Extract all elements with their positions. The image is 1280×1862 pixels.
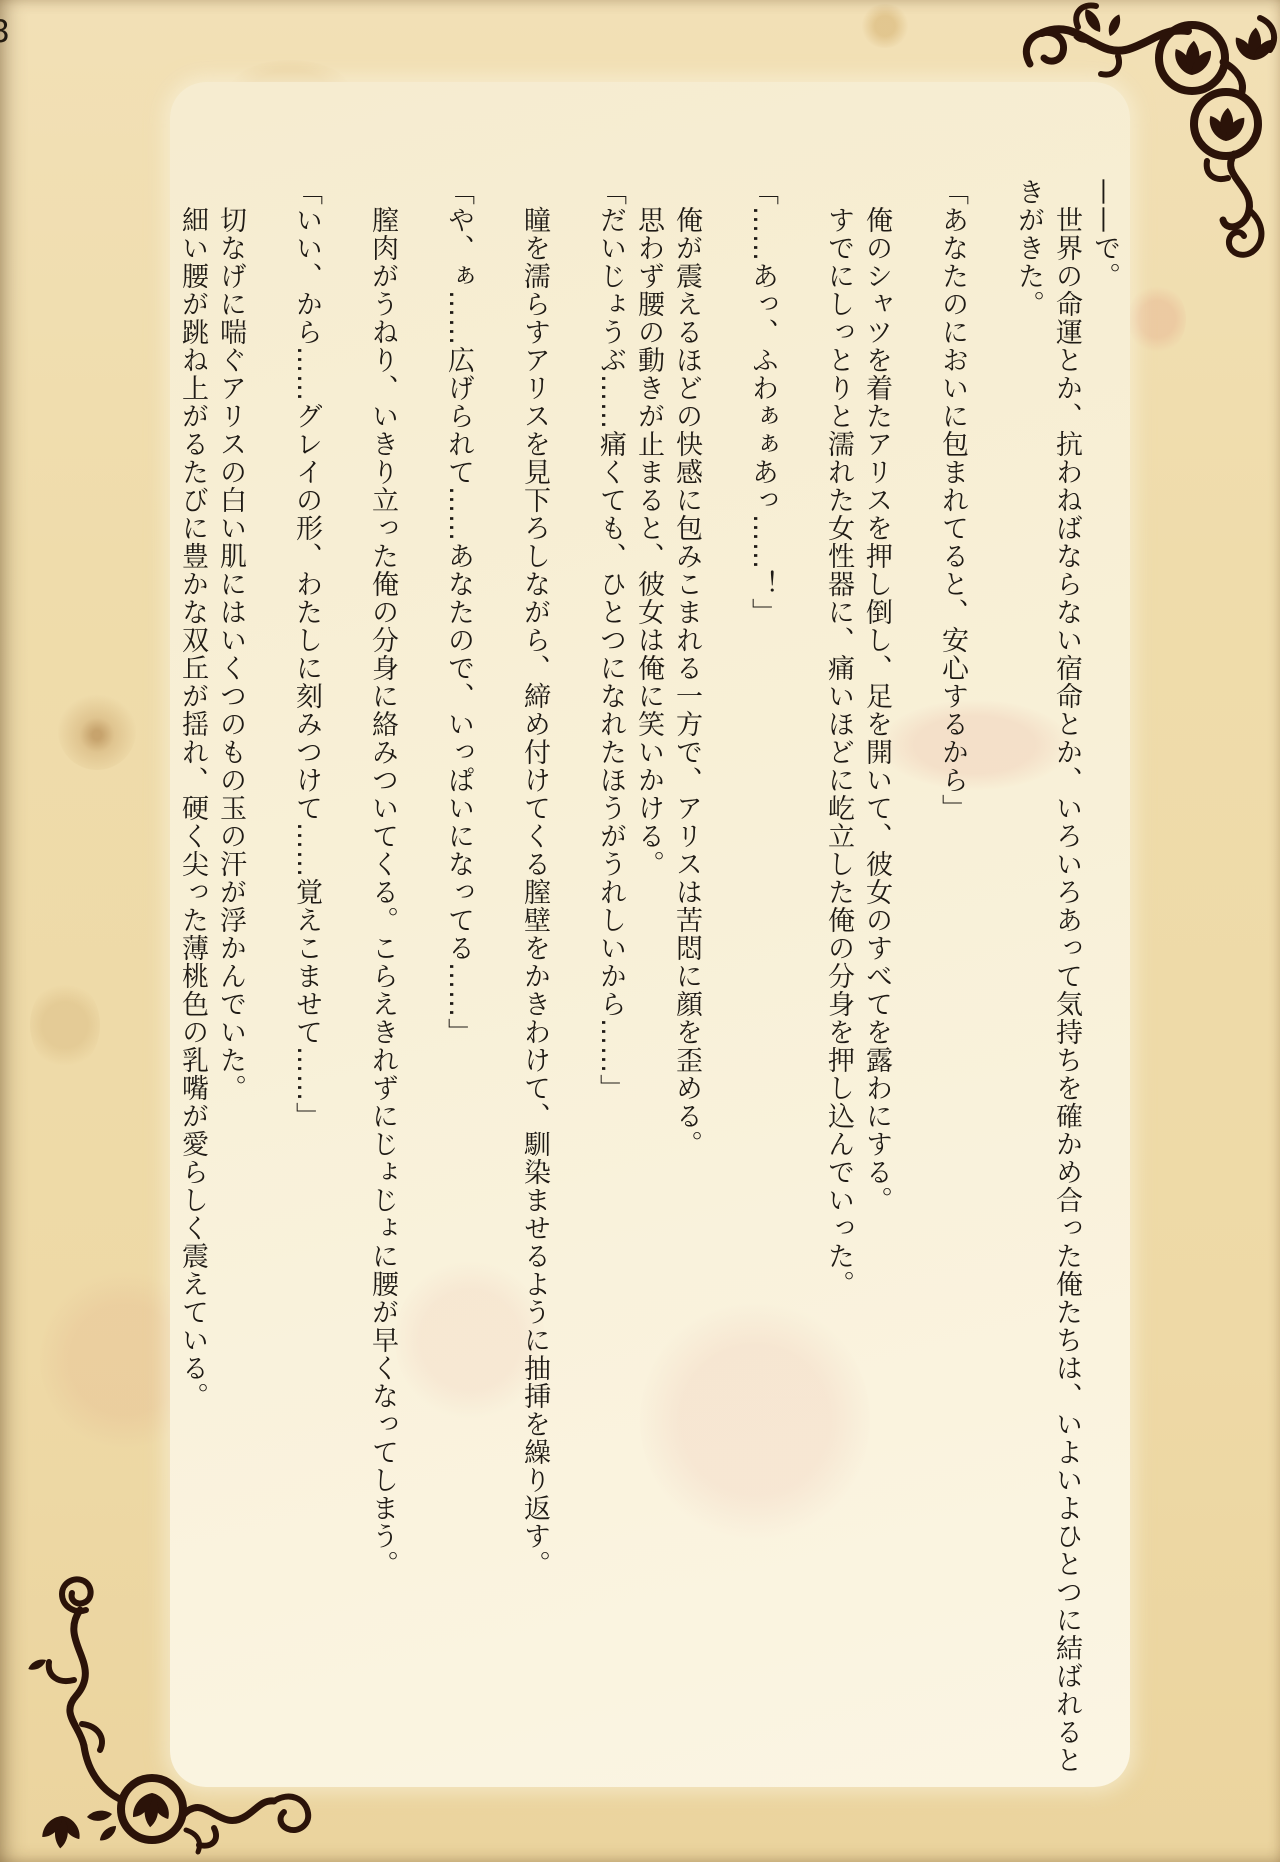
paragraph: 膣肉がうねり、いきり立った俺の分身に絡みついてくる。こらえきれずにじょじょに腰が… — [363, 178, 401, 1788]
paper-stain — [58, 692, 136, 770]
paper-stain — [1128, 284, 1186, 354]
paragraph: 「だいじょうぶ……痛くても、ひとつになれたほうがうれしいから……」 — [591, 178, 629, 1788]
paragraph: 「いい、から……グレイの形、わたしに刻みつけて……覚えこませて……」 — [287, 178, 325, 1788]
paragraph: すでにしっとりと濡れた女性器に、痛いほどに屹立した俺の分身を押し込んでいった。 — [819, 178, 857, 1788]
paragraph: 切なげに喘ぐアリスの白い肌にはいくつのもの玉の汗が浮かんでいた。 — [211, 178, 249, 1788]
paragraph: 俺のシャツを着たアリスを押し倒し、足を開いて、彼女のすべてを露わにする。 — [857, 178, 895, 1788]
paragraph: 「や、ぁ……広げられて……あなたので、いっぱいになってる……」 — [439, 178, 477, 1788]
content-area: ——で。世界の命運とか、抗わねばならない宿命とか、いろいろあって気持ちを確かめ合… — [170, 82, 1130, 1787]
paragraph: 世界の命運とか、抗わねばならない宿命とか、いろいろあって気持ちを確かめ合った俺た… — [1009, 178, 1085, 1788]
paragraph: 俺が震えるほどの快感に包みこまれる一方で、アリスは苦悶に顔を歪める。 — [667, 178, 705, 1788]
paragraph: 「あなたのにおいに包まれてると、安心するから」 — [933, 178, 971, 1788]
paragraph: 瞳を濡らすアリスを見下ろしながら、締め付けてくる膣壁をかきわけて、馴染ませるよう… — [515, 178, 553, 1788]
paper-stain — [860, 4, 910, 48]
page-number: 8 — [0, 14, 10, 50]
scanned-page: { "page": { "page_number_fragment": "8",… — [0, 0, 1280, 1862]
paragraph: 思わず腰の動きが止まると、彼女は俺に笑いかける。 — [629, 178, 667, 1788]
paragraph: 細い腰が跳ね上がるたびに豊かな双丘が揺れ、硬く尖った薄桃色の乳嘴が愛らしく震えて… — [173, 178, 211, 1788]
paper-stain — [30, 980, 100, 1070]
paragraph: ——で。 — [1085, 178, 1123, 1788]
paragraph: 「……あっ、ふわぁぁあっ……！」 — [743, 178, 781, 1788]
text-block: ——で。世界の命運とか、抗わねばならない宿命とか、いろいろあって気持ちを確かめ合… — [173, 178, 1123, 1788]
